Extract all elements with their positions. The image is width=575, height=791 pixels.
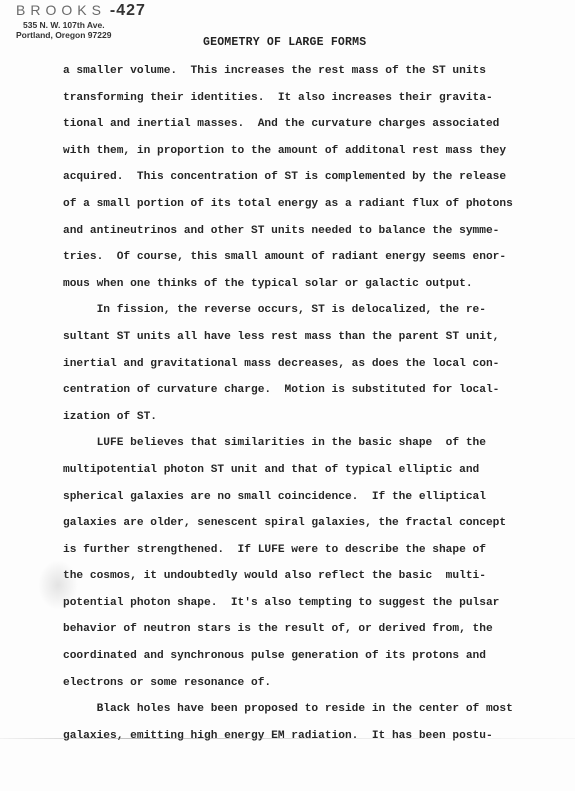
text-line: potential photon shape. It's also tempti… [63, 590, 533, 617]
text-line: ization of ST. [63, 404, 533, 431]
text-line: galaxies, emitting high energy EM radiat… [63, 723, 533, 750]
text-line: electrons or some resonance of. [63, 670, 533, 697]
text-line: the cosmos, it undoubtedly would also re… [63, 563, 533, 590]
text-line: centration of curvature charge. Motion i… [63, 377, 533, 404]
text-line: a smaller volume. This increases the res… [63, 58, 533, 85]
text-line: multipotential photon ST unit and that o… [63, 457, 533, 484]
text-line: of a small portion of its total energy a… [63, 191, 533, 218]
text-line: acquired. This concentration of ST is co… [63, 164, 533, 191]
text-line: LUFE believes that similarities in the b… [63, 430, 533, 457]
scan-fold-line [0, 738, 575, 739]
document-page: BROOKS-427 535 N. W. 107th Ave. Portland… [0, 0, 575, 791]
text-line: In fission, the reverse occurs, ST is de… [63, 297, 533, 324]
text-line: and antineutrinos and other ST units nee… [63, 218, 533, 245]
stamp-name: BROOKS [16, 2, 106, 18]
text-line: inertial and gravitational mass decrease… [63, 351, 533, 378]
text-line: behavior of neutron stars is the result … [63, 616, 533, 643]
document-body: a smaller volume. This increases the res… [63, 58, 533, 749]
stamp-address-line2: Portland, Oregon 97229 [16, 30, 146, 40]
text-line: galaxies are older, senescent spiral gal… [63, 510, 533, 537]
text-line: coordinated and synchronous pulse genera… [63, 643, 533, 670]
stamp-address-line1: 535 N. W. 107th Ave. [23, 20, 146, 30]
scan-smudge [38, 560, 78, 610]
document-title: GEOMETRY OF LARGE FORMS [203, 36, 366, 49]
text-line: transforming their identities. It also i… [63, 85, 533, 112]
text-line: Black holes have been proposed to reside… [63, 696, 533, 723]
page-number: -427 [110, 2, 146, 19]
text-line: sultant ST units all have less rest mass… [63, 324, 533, 351]
text-line: spherical galaxies are no small coincide… [63, 484, 533, 511]
address-stamp: BROOKS-427 535 N. W. 107th Ave. Portland… [16, 2, 146, 40]
text-line: is further strengthened. If LUFE were to… [63, 537, 533, 564]
text-line: tional and inertial masses. And the curv… [63, 111, 533, 138]
text-line: tries. Of course, this small amount of r… [63, 244, 533, 271]
text-line: with them, in proportion to the amount o… [63, 138, 533, 165]
text-line: mous when one thinks of the typical sola… [63, 271, 533, 298]
